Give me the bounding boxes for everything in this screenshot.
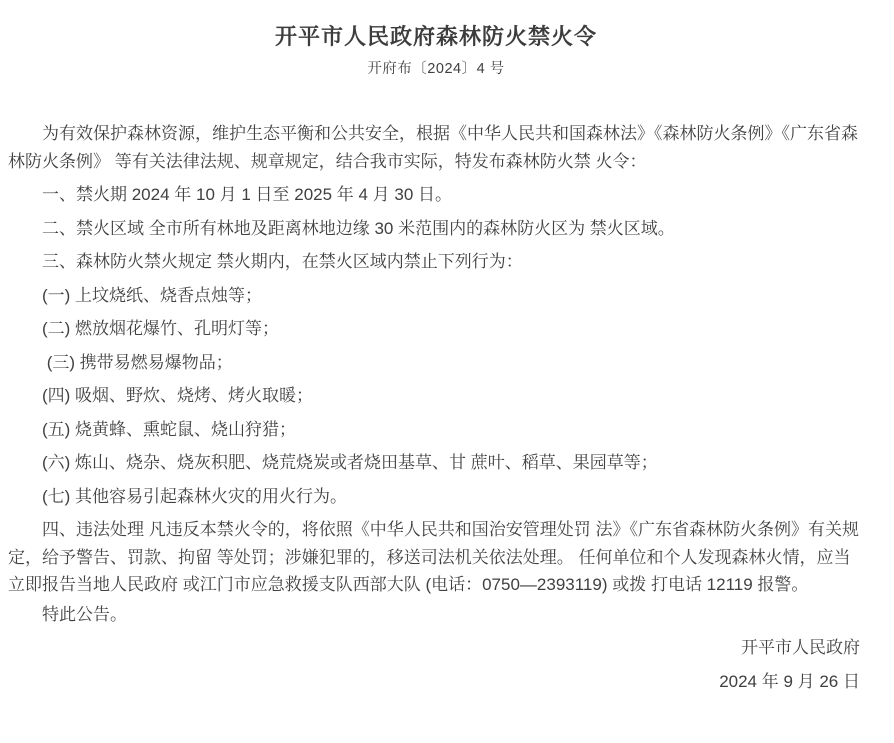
sub-item-3-flammables: (三) 携带易燃易爆物品；	[8, 349, 864, 377]
signature-block: 开平市人民政府 2024 年 9 月 26 日	[8, 634, 864, 695]
document-title: 开平市人民政府森林防火禁火令	[8, 21, 864, 53]
paragraph-preamble: 为有效保护森林资源，维护生态平衡和公共安全，根据《中华人民共和国森林法》《森林防…	[8, 120, 864, 175]
item-2-ban-area: 二、禁火区域 全市所有林地及距离林地边缘 30 米范围内的森林防火区为 禁火区域…	[8, 215, 864, 243]
sub-item-6-field-burning: (六) 炼山、烧杂、烧灰积肥、烧荒烧炭或者烧田基草、甘 蔗叶、稻草、果园草等；	[8, 449, 864, 477]
government-notice-document: 开平市人民政府森林防火禁火令 开府布〔2024〕4 号 为有效保护森林资源，维护…	[0, 0, 894, 731]
issue-date: 2024 年 9 月 26 日	[8, 668, 864, 696]
item-4-violation-handling: 四、违法处理 凡违反本禁火令的，将依照《中华人民共和国治安管理处罚 法》《广东省…	[8, 516, 864, 599]
document-number: 开府布〔2024〕4 号	[8, 57, 864, 81]
closing-statement: 特此公告。	[8, 601, 864, 629]
item-1-ban-period: 一、禁火期 2024 年 10 月 1 日至 2025 年 4 月 30 日。	[8, 181, 864, 209]
item-3-ban-rules: 三、森林防火禁火规定 禁火期内，在禁火区域内禁止下列行为：	[8, 248, 864, 276]
sub-item-4-smoking-cooking: (四) 吸烟、野炊、烧烤、烤火取暖；	[8, 382, 864, 410]
sub-item-7-other-fire-use: (七) 其他容易引起森林火灾的用火行为。	[8, 483, 864, 511]
sub-item-1-grave-burning: (一) 上坟烧纸、烧香点烛等；	[8, 282, 864, 310]
document-body: 为有效保护森林资源，维护生态平衡和公共安全，根据《中华人民共和国森林法》《森林防…	[8, 120, 864, 628]
issuer-signature: 开平市人民政府	[8, 634, 864, 662]
sub-item-2-fireworks: (二) 燃放烟花爆竹、孔明灯等；	[8, 315, 864, 343]
sub-item-5-smoking-out: (五) 烧黄蜂、熏蛇鼠、烧山狩猎；	[8, 416, 864, 444]
